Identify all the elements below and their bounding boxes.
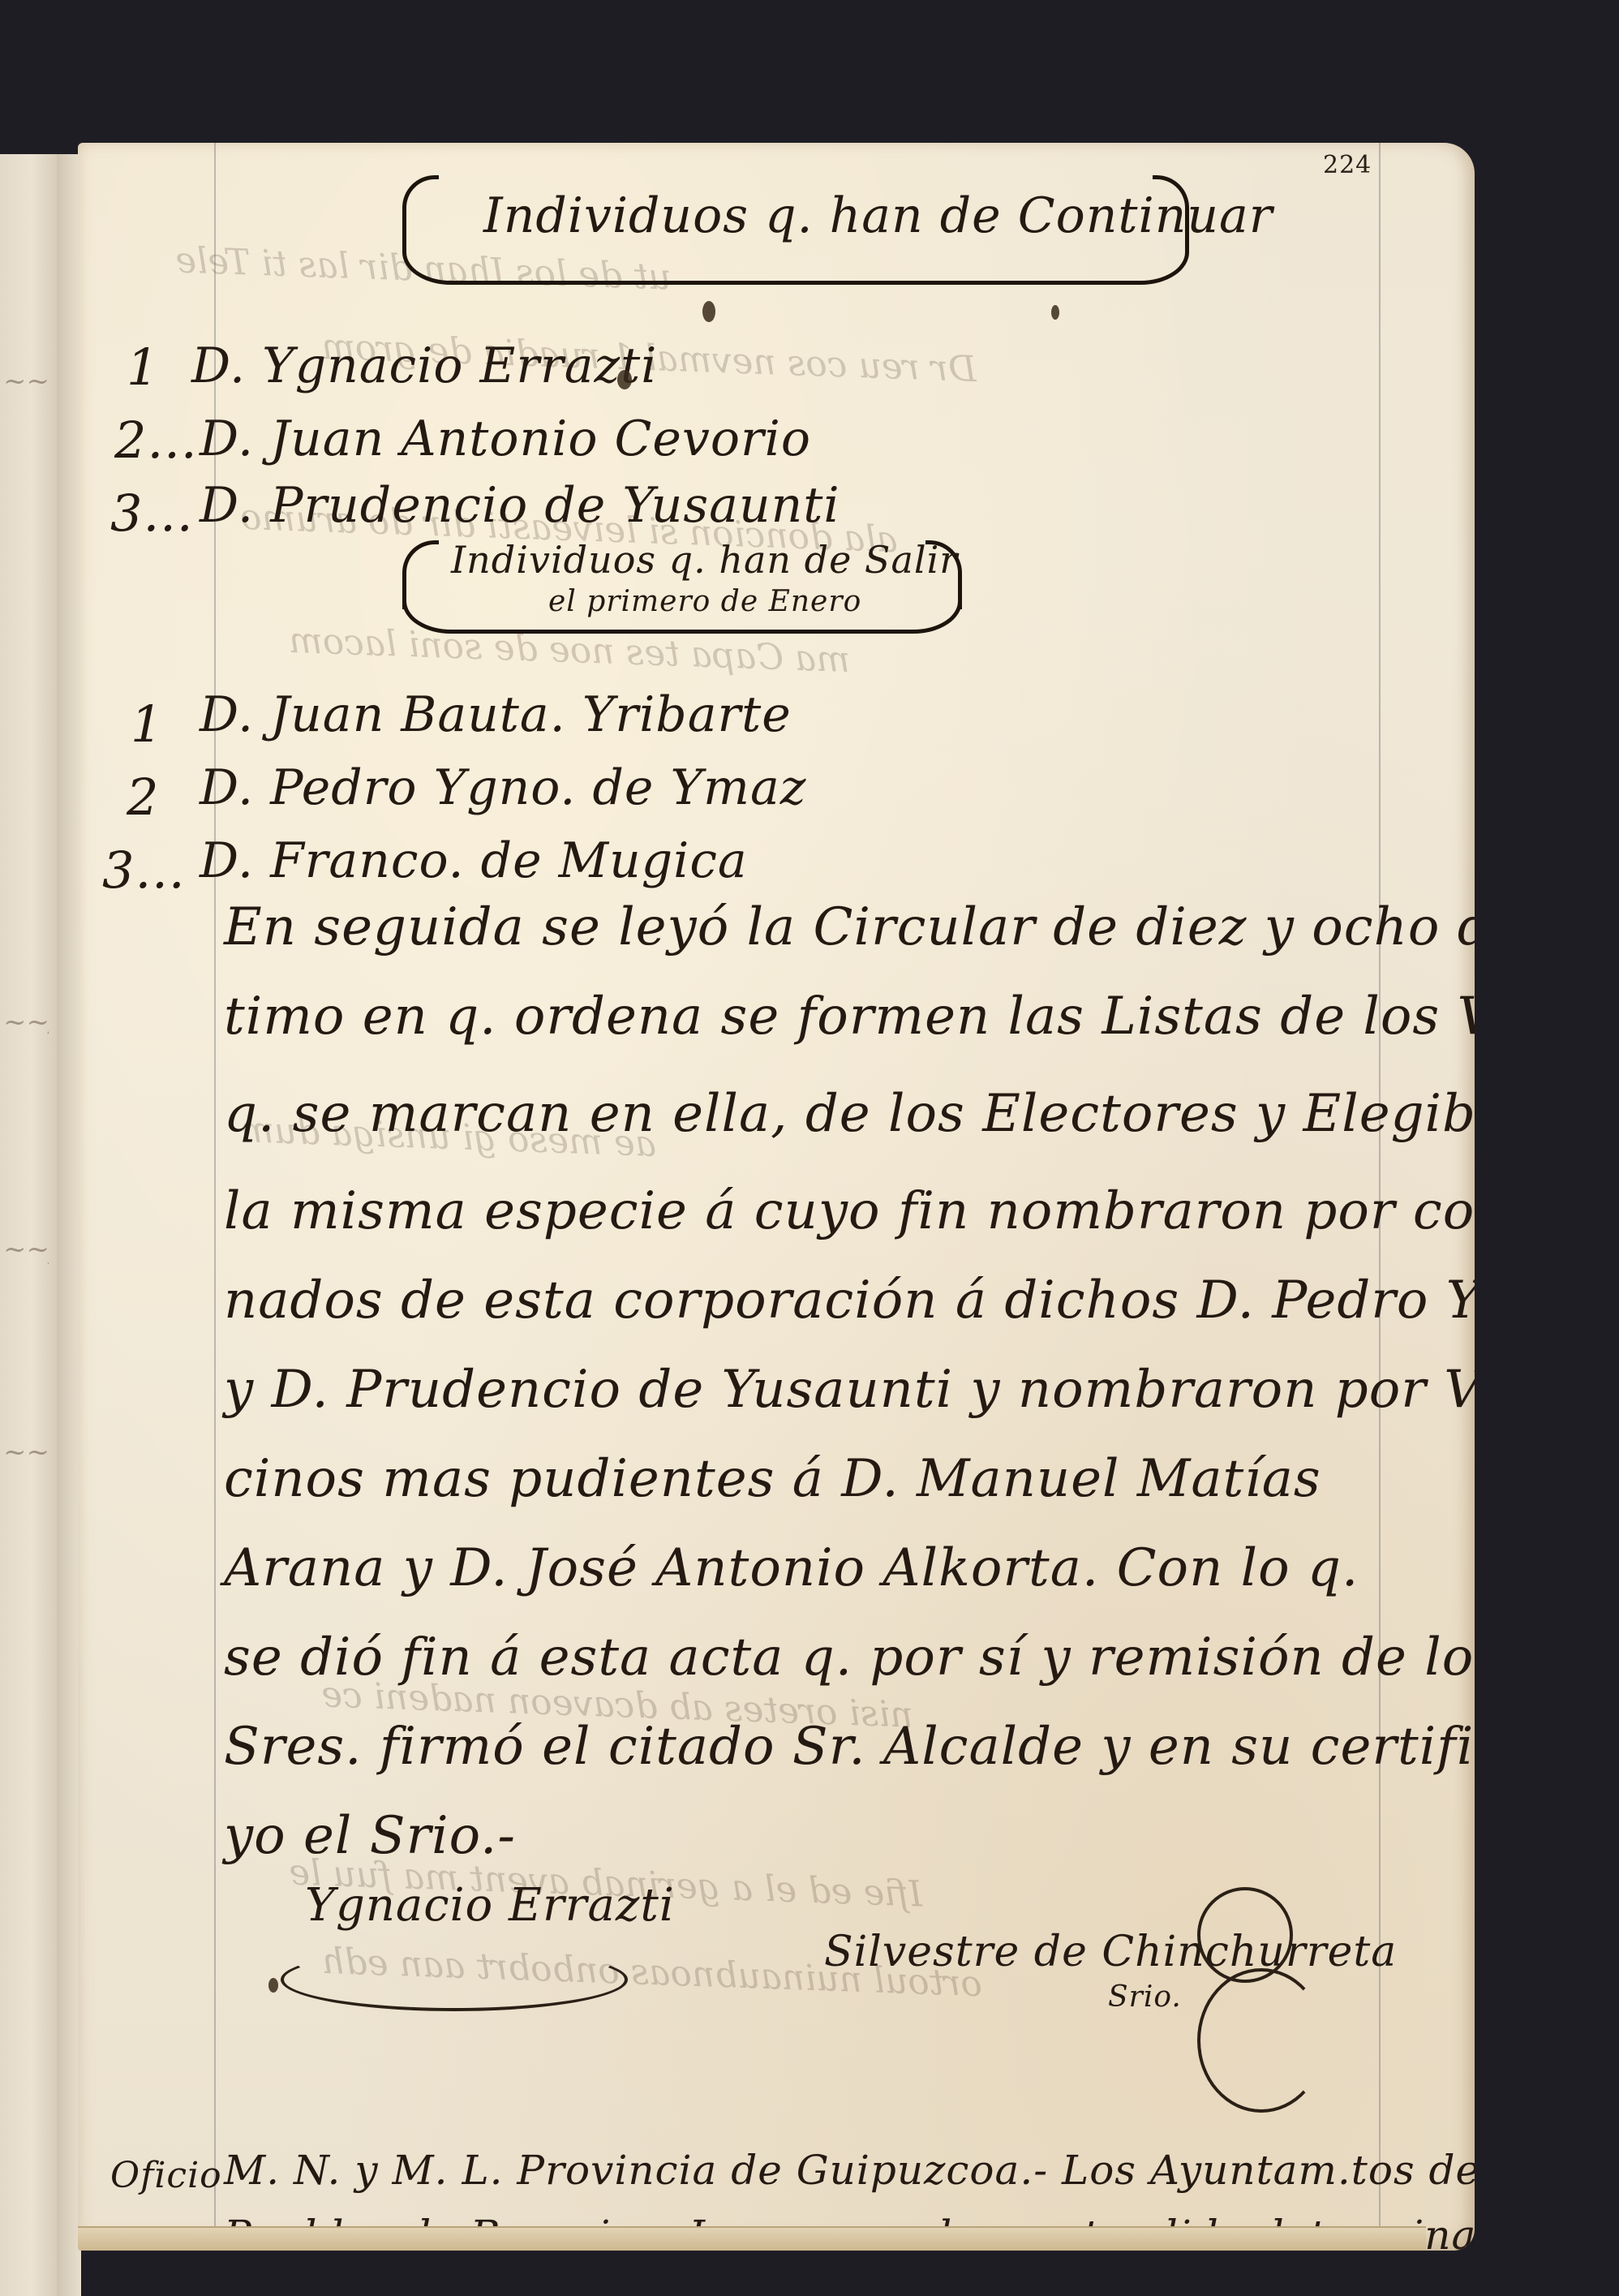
scan-viewport: ~~e ~~/ ~~f ~~a ut de los Ihan dir las t… — [0, 0, 1619, 2296]
page-bottom-edge — [78, 2226, 1426, 2251]
entry-number: 3... — [102, 841, 186, 900]
body-line: q. se marcan en ella, de los Electores y… — [224, 1084, 1475, 1144]
body-line: la misma especie á cuyo fin nombraron po… — [224, 1181, 1475, 1241]
body-line: se dió fin á esta acta q. por sí y remis… — [224, 1627, 1475, 1688]
body-line: timo en q. ordena se formen las Listas d… — [224, 987, 1475, 1047]
body-line: yo el Srio.- — [224, 1806, 516, 1866]
body-line: Sres. firmó el citado Sr. Alcalde y en s… — [224, 1717, 1475, 1777]
entry-name: D. Pedro Ygno. de Ymaz — [200, 759, 806, 816]
entry-name: D. Ygnacio Errazti — [191, 338, 657, 394]
ink-blot — [1051, 305, 1059, 320]
ink-blot — [617, 370, 632, 389]
signature-alcalde: Ygnacio Errazti — [305, 1879, 675, 1932]
section-heading-continuing: Individuos q. han de Continuar — [483, 187, 1273, 244]
ink-blot — [702, 301, 715, 322]
marginal-note: Oficio — [110, 2155, 222, 2196]
body-line: Arana y D. José Antonio Alkorta. Con lo … — [224, 1538, 1359, 1598]
adjacent-page-text: ~~/ — [3, 1006, 49, 1038]
entry-number: 2 — [127, 767, 159, 827]
body-line: nados de esta corporación á dichos D. Pe… — [224, 1271, 1475, 1331]
adjacent-page-edge: ~~e ~~/ ~~f ~~a — [0, 154, 58, 2296]
signature-secretary-title: Srio. — [1108, 1980, 1182, 2014]
entry-number: 3... — [110, 484, 194, 543]
manuscript-page: ut de los Ihan dir las ti Tele Dr reu co… — [78, 143, 1475, 2251]
rubric-flourish — [1197, 1968, 1325, 2113]
signature-secretary: Silvestre de Chinchurreta — [824, 1928, 1397, 1976]
entry-number: 1 — [127, 338, 159, 397]
adjacent-page-text: ~~e — [3, 365, 49, 398]
adjacent-page-text: ~~f — [3, 1233, 49, 1266]
entry-name: D. Franco. de Mugica — [200, 832, 748, 889]
section-heading-leaving-sub: el primero de Enero — [548, 581, 861, 623]
body-line: y D. Prudencio de Yusaunti y nombraron p… — [224, 1360, 1475, 1420]
adjacent-page-text: ~~a — [3, 1436, 49, 1468]
closing-line: M. N. y M. L. Provincia de Guipuzcoa.- L… — [224, 2147, 1475, 2194]
entry-number: 1 — [131, 694, 163, 754]
rubric-flourish — [1197, 1887, 1293, 1983]
body-line: En seguida se leyó la Circular de diez y… — [224, 897, 1475, 957]
entry-name: D. Juan Bauta. Yribarte — [200, 686, 792, 743]
section-heading-leaving: Individuos q. han de Salir — [451, 539, 958, 581]
folio-number: 224 — [1323, 151, 1372, 179]
entry-name: D. Juan Antonio Cevorio — [200, 411, 811, 467]
signature-flourish — [281, 1948, 628, 2011]
entry-number: 2... — [114, 411, 198, 470]
ink-blot — [268, 1978, 278, 1993]
entry-name: D. Prudencio de Yusaunti — [200, 477, 840, 534]
body-line: cinos mas pudientes á D. Manuel Matías — [224, 1449, 1321, 1509]
